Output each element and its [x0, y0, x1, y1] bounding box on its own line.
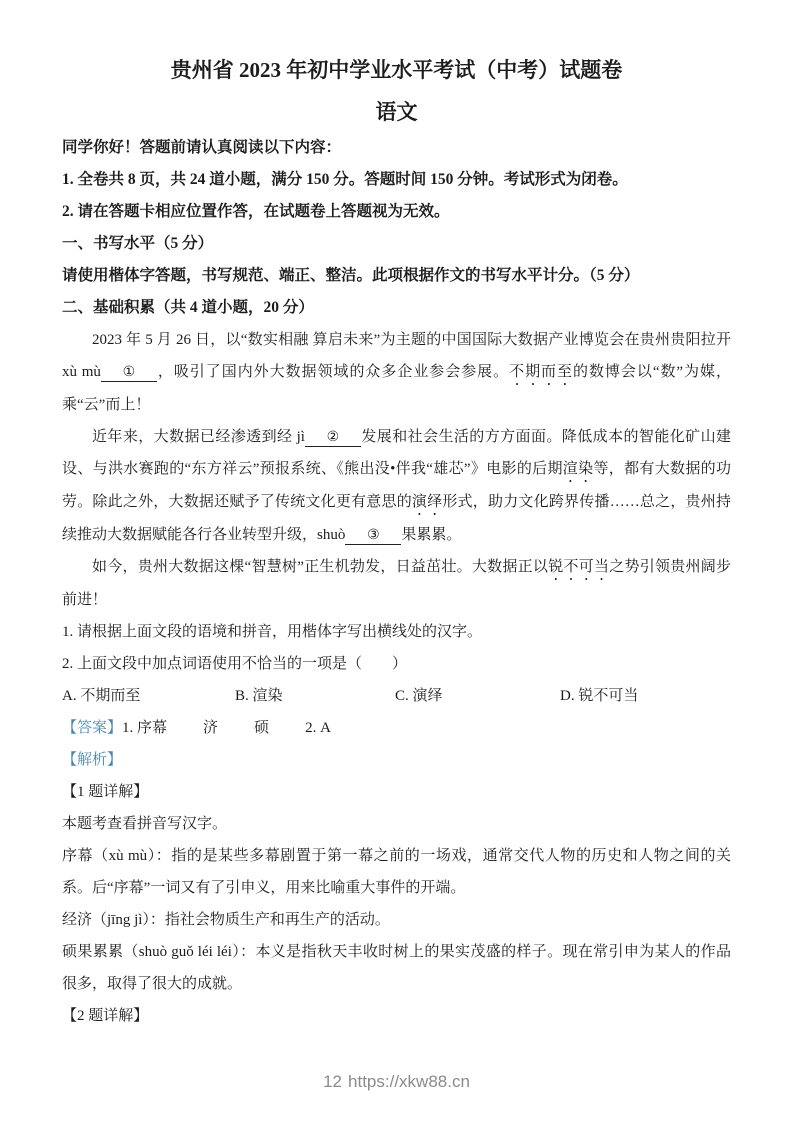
option-C: C. 演绎 — [395, 680, 560, 712]
passage-paragraph: 近年来，大数据已经渗透到经 jì②发展和社会生活的方方面面。降低成本的智能化矿山… — [62, 421, 731, 551]
answer-line: 【答案】1. 序幕济硕2. A — [62, 712, 731, 744]
emphasized-word: 渲染 — [563, 461, 594, 477]
analysis-text: 经济（jīng jì）：指社会物质生产和再生产的活动。 — [62, 904, 731, 936]
reading-passage: 2023 年 5 月 26 日，以“数实相融 算启未来”为主题的中国国际大数据产… — [62, 324, 731, 616]
footer-page-number: 12 — [323, 1072, 342, 1091]
passage-text: 如今，贵州大数据这棵“智慧树”正生机勃发，日益茁壮。大数据正以 — [92, 559, 548, 575]
exam-paper-page: 贵州省 2023 年初中学业水平考试（中考）试题卷 语文 同学你好！答题前请认真… — [0, 0, 793, 1122]
analysis-text: 硕果累累（shuò guǒ léi léi）：本义是指秋天丰收时树上的果实茂盛的… — [62, 936, 731, 1000]
section-note-writing: 请使用楷体字答题，书写规范、端正、整洁。此项根据作文的书写水平计分。（5 分） — [62, 260, 731, 292]
pinyin-fill-blank: ③ — [345, 528, 401, 545]
page-title: 贵州省 2023 年初中学业水平考试（中考）试题卷 — [62, 54, 731, 86]
question-1: 1. 请根据上面文段的语境和拼音，用楷体字写出横线处的汉字。 — [62, 616, 731, 648]
analysis-subheading: 【1 题详解】 — [62, 776, 731, 808]
analysis-section: 【1 题详解】本题考查看拼音写汉字。序幕（xù mù）：指的是某些多幕剧置于第一… — [62, 776, 731, 1032]
analysis-text: 本题考查看拼音写汉字。 — [62, 808, 731, 840]
instruction-item-1: 1. 全卷共 8 页，共 24 道小题，满分 150 分。答题时间 150 分钟… — [62, 164, 731, 196]
emphasized-word: 不期而至 — [509, 364, 573, 380]
answer-part: 硕 — [254, 720, 269, 736]
option-B: B. 渲染 — [235, 680, 395, 712]
greeting-line: 同学你好！答题前请认真阅读以下内容： — [62, 132, 731, 164]
section-heading-accumulation: 二、基础积累（共 4 道小题，20 分） — [62, 292, 731, 324]
answer-part: 2. A — [305, 720, 331, 736]
question-2: 2. 上面文段中加点词语使用不恰当的一项是（ ） — [62, 648, 731, 680]
passage-paragraph: 2023 年 5 月 26 日，以“数实相融 算启未来”为主题的中国国际大数据产… — [62, 324, 731, 421]
answer-part: 1. 序幕 — [122, 720, 167, 736]
answer-values: 1. 序幕济硕2. A — [122, 720, 331, 736]
section-heading-writing: 一、书写水平（5 分） — [62, 228, 731, 260]
subject-title: 语文 — [62, 96, 731, 128]
analysis-text: 序幕（xù mù）：指的是某些多幕剧置于第一幕之前的一场戏，通常交代人物的历史和… — [62, 840, 731, 904]
passage-text: 果累累。 — [401, 527, 461, 543]
passage-text: 近年来，大数据已经渗透到经 jì — [92, 429, 305, 445]
passage-text: ，吸引了国内外大数据领域的众多企业参会参展。 — [157, 364, 509, 380]
pinyin-fill-blank: ① — [101, 365, 157, 382]
page-footer: 12https://xkw88.cn — [0, 1072, 793, 1092]
footer-url: https://xkw88.cn — [348, 1072, 470, 1091]
question-2-options: A. 不期而至B. 渲染C. 演绎D. 锐不可当 — [62, 680, 731, 712]
instruction-item-2: 2. 请在答题卡相应位置作答，在试题卷上答题视为无效。 — [62, 196, 731, 228]
option-A: A. 不期而至 — [62, 680, 235, 712]
option-D: D. 锐不可当 — [560, 680, 731, 712]
answer-part: 济 — [203, 720, 218, 736]
analysis-label: 【解析】 — [62, 744, 731, 776]
pinyin-fill-blank: ② — [305, 430, 361, 447]
answer-label: 【答案】 — [62, 720, 122, 736]
passage-paragraph: 如今，贵州大数据这棵“智慧树”正生机勃发，日益茁壮。大数据正以锐不可当之势引领贵… — [62, 551, 731, 616]
emphasized-word: 演绎 — [412, 494, 442, 510]
analysis-subheading: 【2 题详解】 — [62, 1000, 731, 1032]
emphasized-word: 锐不可当 — [548, 559, 609, 575]
